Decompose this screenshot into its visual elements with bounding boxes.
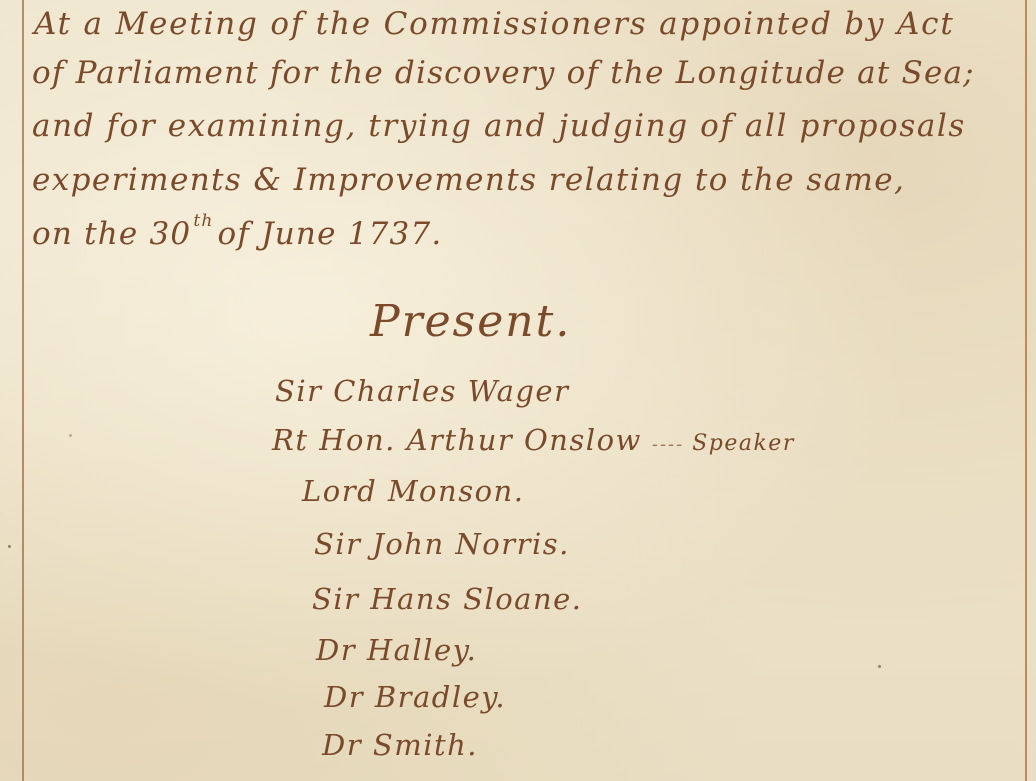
attendee-name: Dr Smith. — [322, 728, 478, 762]
attendee-entry-speaker: Rt Hon. Arthur Onslow----Speaker — [272, 423, 795, 457]
ink-speck — [878, 665, 881, 668]
attendee-name: Dr Bradley. — [324, 680, 506, 714]
right-margin-rule — [1025, 0, 1027, 781]
heading-line-4: experiments & Improvements relating to t… — [32, 162, 905, 198]
attendee-name: Sir Charles Wager — [275, 374, 569, 408]
manuscript-page: At a Meeting of the Commissioners appoin… — [0, 0, 1036, 781]
ink-speck — [8, 545, 11, 548]
dash-separator: ---- — [652, 434, 684, 455]
date-ordinal-suffix: th — [193, 211, 213, 231]
attendee-name: Rt Hon. Arthur Onslow — [272, 423, 642, 457]
attendee-name: Sir John Norris. — [314, 527, 570, 561]
attendee-role: Speaker — [692, 431, 795, 456]
attendee-name: Lord Monson. — [302, 474, 524, 508]
heading-line-1: At a Meeting of the Commissioners appoin… — [34, 6, 955, 42]
attendee-name: Sir Hans Sloane. — [312, 582, 583, 616]
left-margin-rule — [22, 0, 24, 781]
heading-line-2: of Parliament for the discovery of the L… — [32, 55, 975, 91]
date-suffix: of June 1737. — [218, 216, 443, 252]
heading-line-3: and for examining, trying and judging of… — [32, 108, 966, 144]
ink-speck — [69, 434, 72, 437]
present-heading: Present. — [370, 296, 571, 347]
date-prefix: on the 30 — [32, 216, 191, 252]
meeting-date-line: on the 30thof June 1737. — [32, 216, 442, 252]
attendee-name: Dr Halley. — [316, 633, 477, 667]
